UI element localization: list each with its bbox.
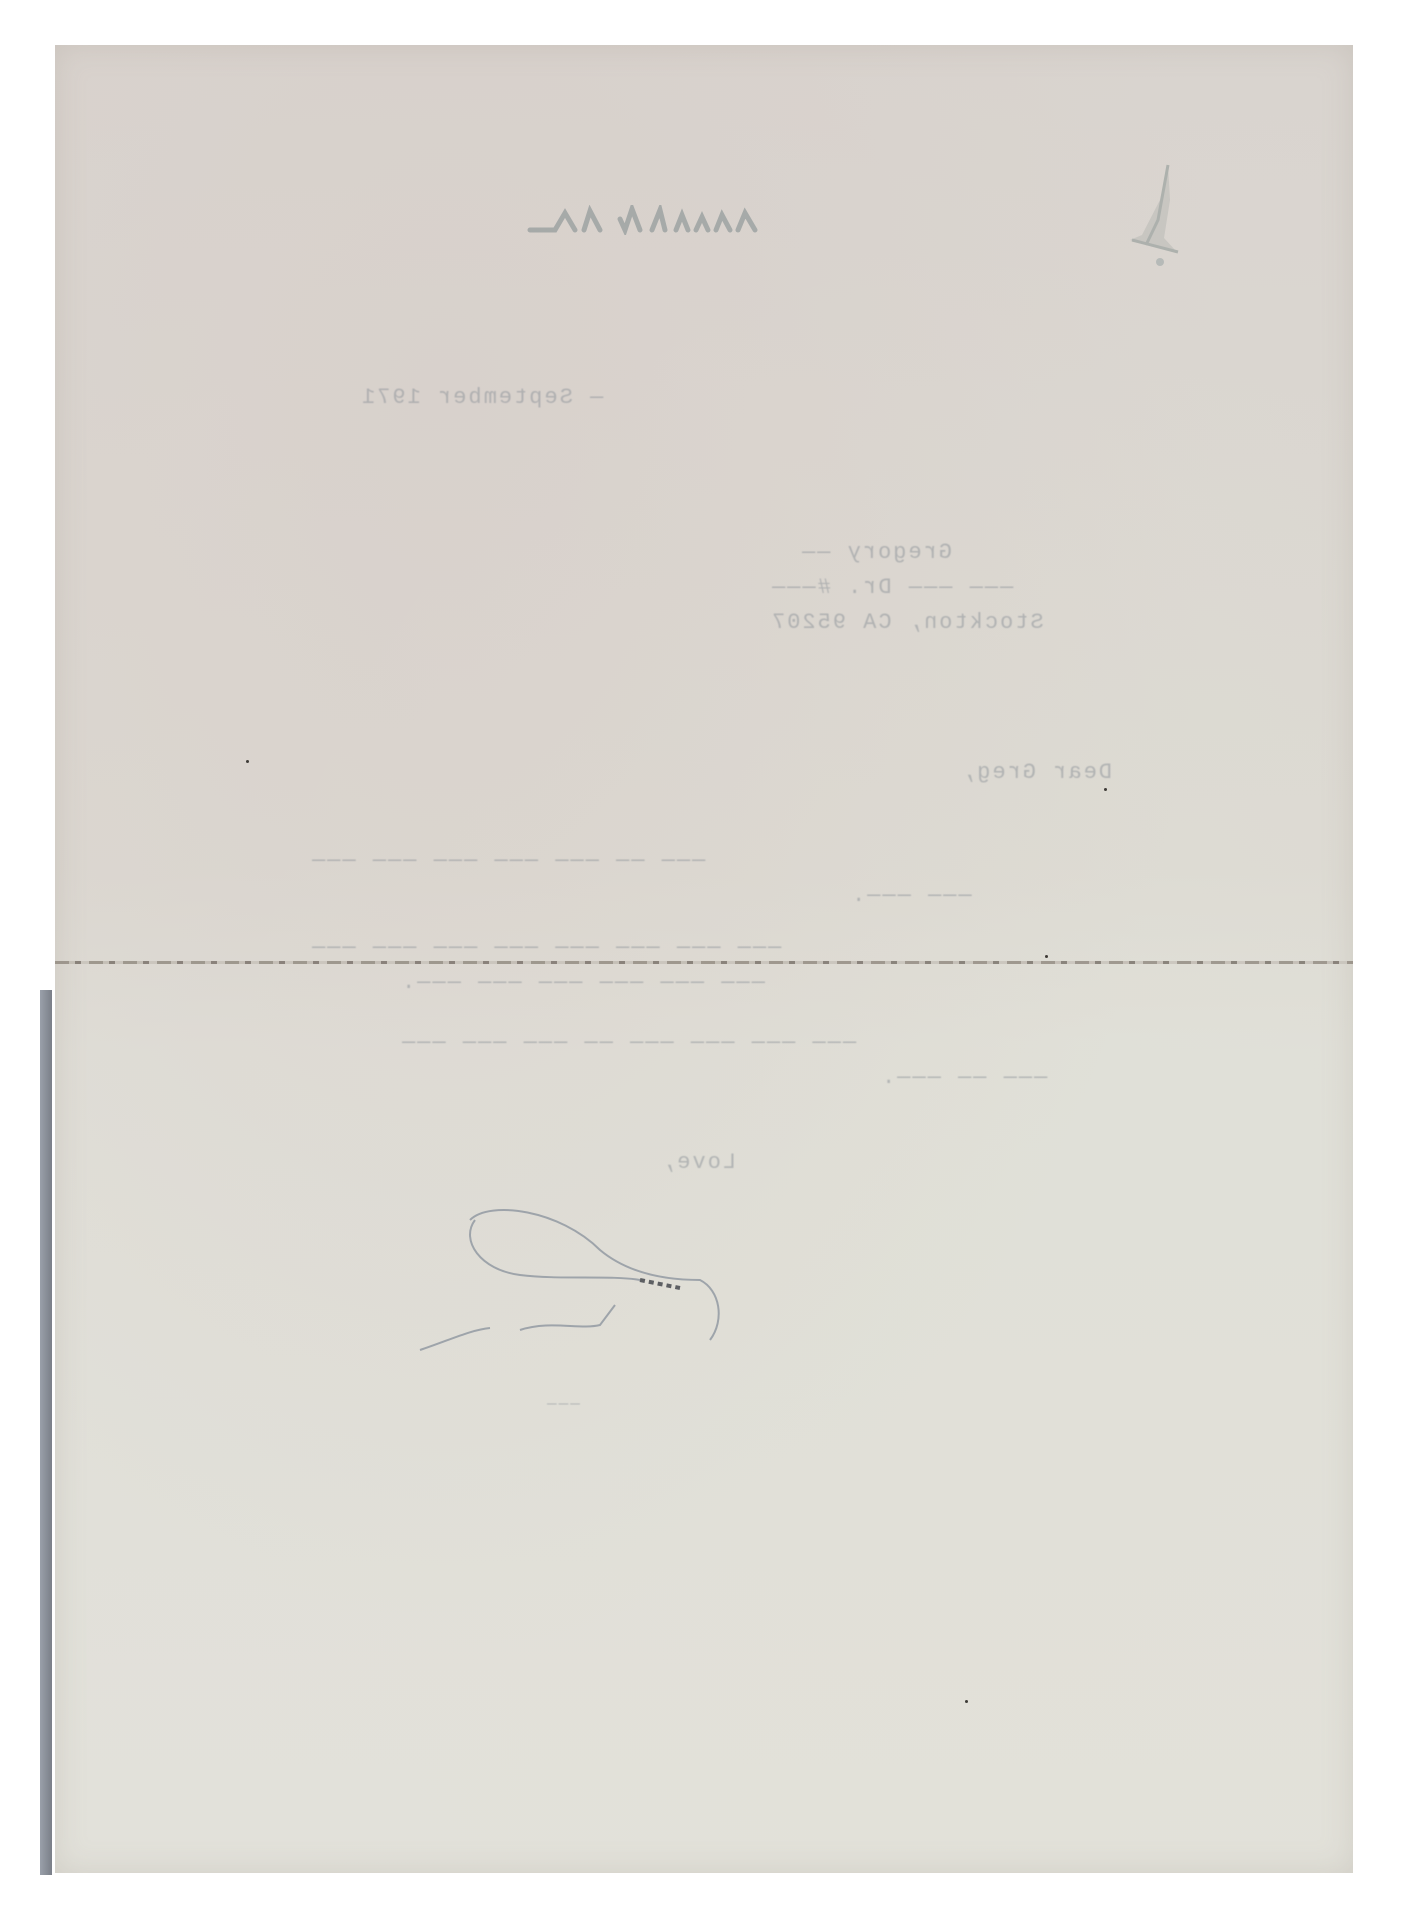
typed-name: ———: [545, 1395, 580, 1413]
recipient-name: Gregory ——: [800, 540, 952, 565]
paper-speck: [1104, 788, 1107, 791]
ship-sail-icon: [1120, 160, 1180, 270]
fold-crease: [55, 961, 1353, 964]
recipient-city-state-zip: Stockton, CA 95207: [770, 610, 1044, 635]
signature-icon: [400, 1180, 760, 1400]
letterhead-script-icon: [520, 205, 760, 235]
body-line: ——— —— ——— ——— ——— ——— ———: [310, 848, 705, 873]
body-line: ——— —— ———.: [880, 1065, 1047, 1090]
body-line: ——— ——— ——— ——— —— ——— ——— ———: [400, 1030, 856, 1055]
paper-edge-shadow: [40, 990, 52, 1875]
paper-speck: [965, 1700, 968, 1703]
closing: Love,: [660, 1150, 736, 1175]
salutation: Dear Greg,: [960, 760, 1112, 785]
body-line: ——— ——— ——— ——— ——— ——— ——— ———: [310, 935, 781, 960]
body-line: ——— ——— ——— ——— ——— ———.: [400, 970, 765, 995]
recipient-address-line1: ——— ——— Dr. #———: [770, 575, 1013, 600]
body-line: ——— ———.: [850, 883, 972, 908]
paper-speck: [246, 760, 249, 763]
letter-date: — September 1971: [360, 385, 603, 410]
paper-speck: [1045, 955, 1048, 958]
